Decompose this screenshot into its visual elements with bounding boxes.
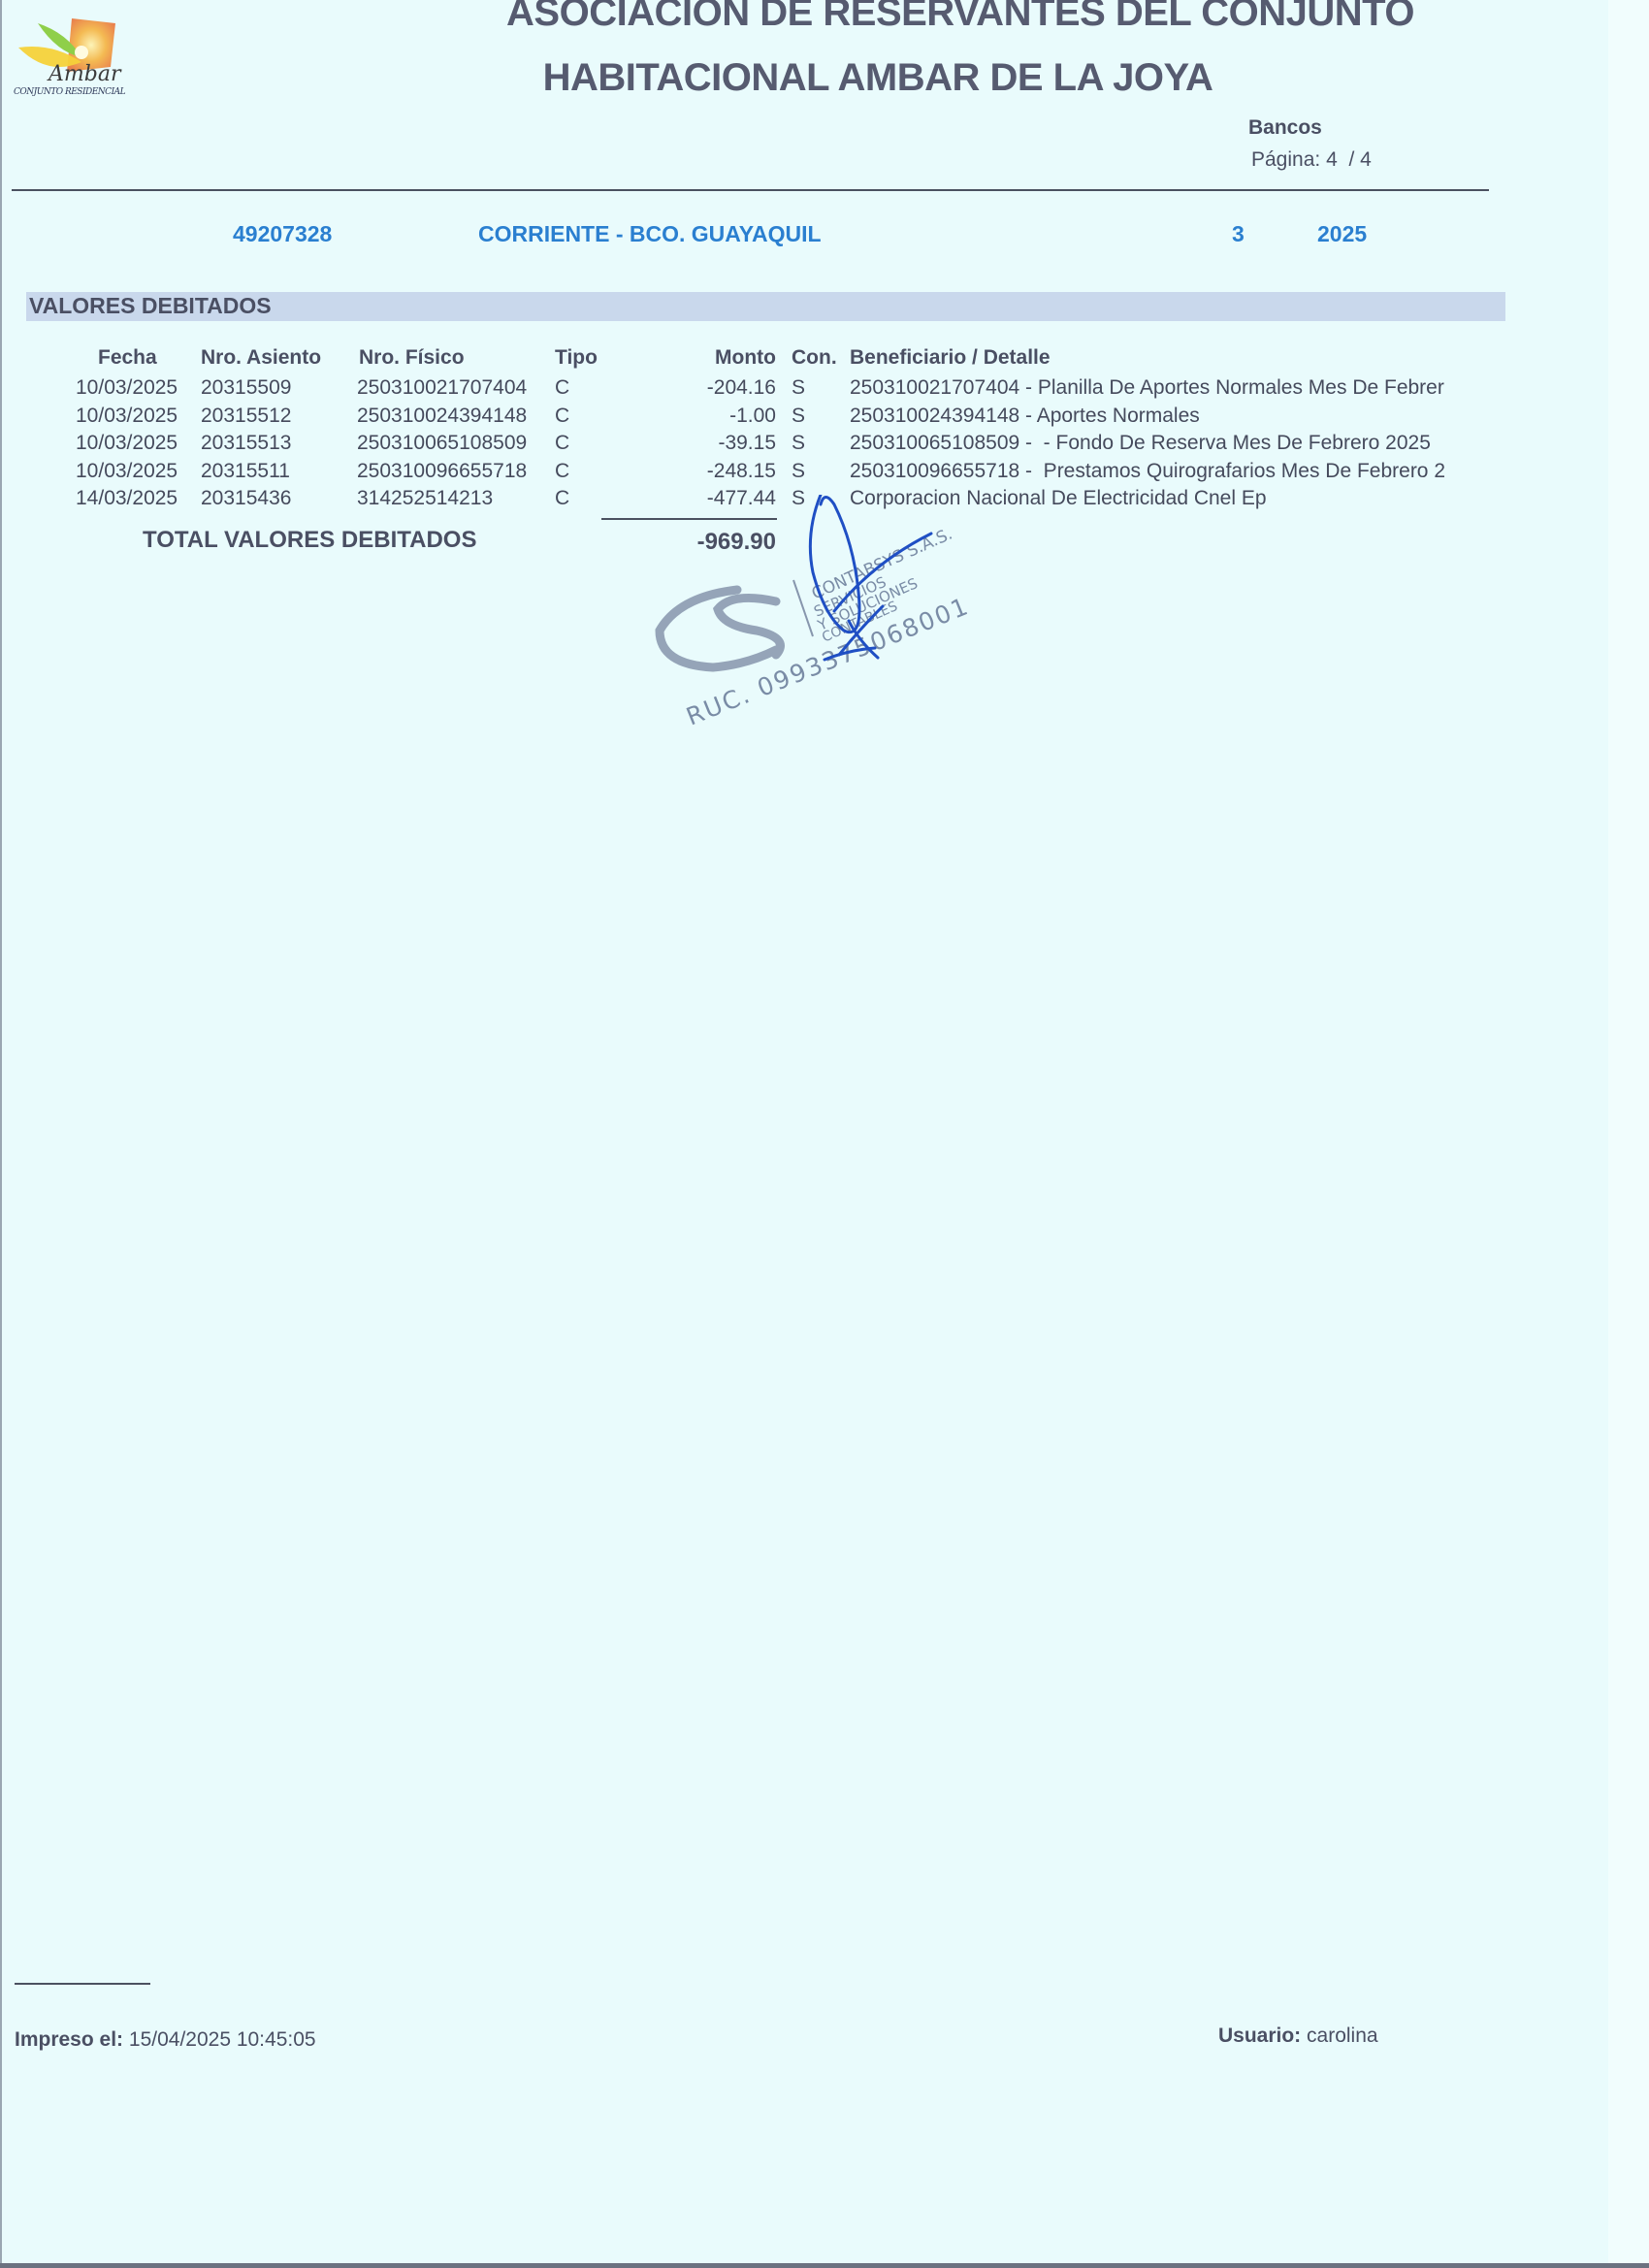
col-header-fisico: Nro. Físico bbox=[359, 346, 465, 370]
cell-fecha: 14/03/2025 bbox=[76, 487, 178, 510]
col-header-con: Con. bbox=[792, 346, 837, 370]
footer-divider bbox=[15, 1983, 150, 1985]
page-edge-right bbox=[1608, 0, 1649, 2268]
user-label: Usuario: bbox=[1218, 2025, 1301, 2047]
cell-monto: -39.15 bbox=[718, 432, 776, 455]
page-edge-bottom bbox=[0, 2263, 1649, 2268]
col-header-tipo: Tipo bbox=[555, 346, 598, 370]
user-info: Usuario: carolina bbox=[1218, 2025, 1378, 2048]
cell-fisico: 250310096655718 bbox=[357, 460, 527, 483]
cell-fecha: 10/03/2025 bbox=[76, 460, 178, 483]
cell-con: S bbox=[792, 432, 805, 455]
cell-detalle: 250310021707404 - Planilla De Aportes No… bbox=[850, 376, 1444, 400]
page-separator: / bbox=[1348, 148, 1354, 171]
cell-detalle: 250310065108509 - - Fondo De Reserva Mes… bbox=[850, 432, 1431, 455]
cell-monto: -1.00 bbox=[729, 405, 776, 428]
cell-asiento: 20315511 bbox=[201, 460, 290, 483]
header-divider bbox=[12, 189, 1489, 191]
printed-value: 15/04/2025 10:45:05 bbox=[129, 2028, 316, 2051]
total-label: TOTAL VALORES DEBITADOS bbox=[143, 527, 476, 554]
cell-fecha: 10/03/2025 bbox=[76, 376, 178, 400]
title-line-2: HABITACIONAL AMBAR DE LA JOYA bbox=[325, 53, 1431, 102]
cell-detalle: 250310096655718 - Prestamos Quirografari… bbox=[850, 460, 1445, 483]
page-edge-left bbox=[0, 0, 2, 2268]
ambar-logo: Ambar CONJUNTO RESIDENCIAL bbox=[14, 14, 140, 101]
page-label: Página: bbox=[1251, 148, 1320, 171]
cs-logo-icon bbox=[660, 590, 781, 667]
logo-text: Ambar bbox=[48, 62, 120, 86]
company-stamp: CONTABSYS S.A.S. SERVICIOS Y SOLUCIONES … bbox=[640, 495, 1048, 747]
cell-monto: -204.16 bbox=[707, 376, 776, 400]
cell-asiento: 20315512 bbox=[201, 405, 291, 428]
printed-label: Impreso el: bbox=[15, 2028, 123, 2051]
page-current: 4 bbox=[1326, 148, 1338, 171]
module-label: Bancos bbox=[1248, 116, 1322, 140]
page-indicator: Página: 4 / 4 bbox=[1251, 148, 1372, 172]
cell-tipo: C bbox=[555, 376, 569, 400]
cell-con: S bbox=[792, 376, 805, 400]
cell-fecha: 10/03/2025 bbox=[76, 405, 178, 428]
cell-fisico: 314252514213 bbox=[357, 487, 493, 510]
cell-fisico: 250310021707404 bbox=[357, 376, 527, 400]
cell-monto: -248.15 bbox=[707, 460, 776, 483]
cell-con: S bbox=[792, 460, 805, 483]
cell-fecha: 10/03/2025 bbox=[76, 432, 178, 455]
cell-asiento: 20315513 bbox=[201, 432, 291, 455]
cell-fisico: 250310065108509 bbox=[357, 432, 527, 455]
cell-fisico: 250310024394148 bbox=[357, 405, 527, 428]
page-total: 4 bbox=[1360, 148, 1372, 171]
cell-tipo: C bbox=[555, 460, 569, 483]
col-header-fecha: Fecha bbox=[98, 346, 157, 370]
printed-timestamp: Impreso el: 15/04/2025 10:45:05 bbox=[15, 2028, 316, 2052]
section-title: VALORES DEBITADOS bbox=[29, 293, 272, 319]
account-month: 3 bbox=[1232, 221, 1245, 247]
cell-asiento: 20315509 bbox=[201, 376, 291, 400]
account-year: 2025 bbox=[1317, 221, 1367, 247]
cell-tipo: C bbox=[555, 487, 569, 510]
col-header-monto: Monto bbox=[715, 346, 776, 370]
cell-con: S bbox=[792, 405, 805, 428]
user-value: carolina bbox=[1307, 2025, 1378, 2047]
title-line-1: ASOCIACION DE RESERVANTES DEL CONJUNTO bbox=[407, 0, 1513, 37]
col-header-asiento: Nro. Asiento bbox=[201, 346, 321, 370]
account-name: CORRIENTE - BCO. GUAYAQUIL bbox=[478, 221, 822, 247]
cell-tipo: C bbox=[555, 405, 569, 428]
col-header-beneficiario: Beneficiario / Detalle bbox=[850, 346, 1051, 370]
cell-tipo: C bbox=[555, 432, 569, 455]
account-number: 49207328 bbox=[233, 221, 332, 247]
logo-subtitle: CONJUNTO RESIDENCIAL bbox=[14, 87, 125, 97]
cell-asiento: 20315436 bbox=[201, 487, 291, 510]
cell-detalle: 250310024394148 - Aportes Normales bbox=[850, 405, 1200, 428]
